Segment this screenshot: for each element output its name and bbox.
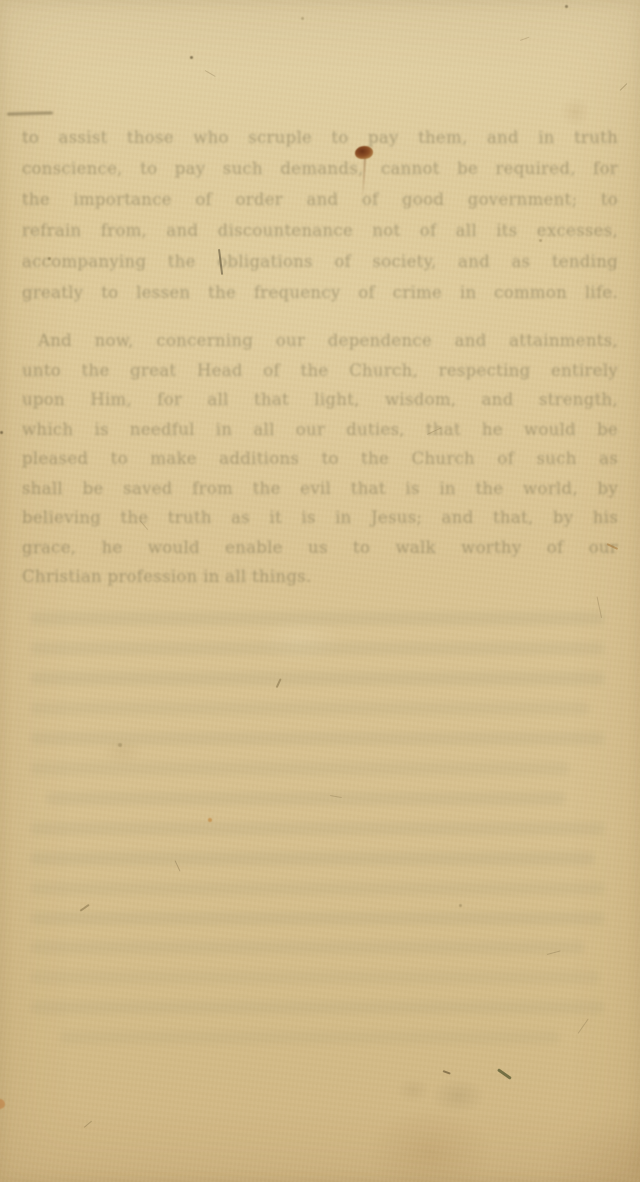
showthrough-line — [30, 702, 590, 715]
showthrough-line — [46, 792, 566, 805]
faded-text-line: pleased to make additions to the Church … — [22, 444, 618, 474]
paper-speck — [301, 17, 304, 20]
showthrough-line — [30, 642, 605, 655]
paper-speck — [190, 56, 193, 59]
scanned-book-page: to assist those who scruple to pay them,… — [0, 0, 640, 1182]
paper-fiber — [497, 1068, 512, 1079]
faded-text-line: the importance of order and of good gove… — [22, 184, 618, 215]
faded-paragraph-1: to assist those who scruple to pay them,… — [22, 122, 618, 308]
paper-fiber — [443, 1070, 451, 1074]
faded-text-line: grace, he would enable us to walk worthy… — [22, 533, 618, 563]
faded-text-line: And now, concerning our dependence and a… — [22, 326, 618, 356]
paper-fiber — [620, 83, 628, 91]
showthrough-line — [30, 822, 605, 835]
paper-speck — [48, 257, 51, 260]
header-rule-ghost — [7, 111, 53, 115]
showthrough-line — [30, 852, 595, 865]
paper-speck — [0, 1099, 5, 1109]
paper-speck — [459, 904, 462, 907]
showthrough-line — [30, 971, 600, 984]
faded-text-line: to assist those who scruple to pay them,… — [22, 122, 618, 153]
paper-speck — [208, 818, 212, 822]
paper-speck — [118, 743, 122, 747]
paper-fiber — [205, 70, 216, 77]
showthrough-line — [30, 1001, 605, 1014]
faded-text-line: upon Him, for all that light, wisdom, an… — [22, 385, 618, 415]
paper-speck — [539, 239, 542, 242]
paper-fiber — [578, 1018, 589, 1033]
faded-text-line: conscience, to pay such demands, cannot … — [22, 153, 618, 184]
showthrough-line — [30, 882, 605, 895]
faded-paragraph-2: And now, concerning our dependence and a… — [22, 326, 618, 592]
faded-text-line: unto the great Head of the Church, respe… — [22, 356, 618, 386]
paper-fiber — [84, 1121, 92, 1128]
paper-speck — [565, 5, 568, 8]
faded-text-line: refrain from, and discountenance not of … — [22, 215, 618, 246]
showthrough-line — [30, 912, 605, 925]
showthrough-line — [30, 732, 605, 745]
faded-text-line: greatly to lessen the frequency of crime… — [22, 277, 618, 308]
faded-text-line: shall be saved from the evil that is in … — [22, 474, 618, 504]
faded-text-line: believing the truth as it is in Jesus; a… — [22, 503, 618, 533]
showthrough-line — [30, 941, 585, 954]
faded-text-line: accompanying the obligations of society,… — [22, 246, 618, 277]
paper-speck — [0, 431, 3, 434]
showthrough-line — [60, 1031, 560, 1044]
faded-text-line: Christian profession in all things. — [22, 562, 618, 592]
paper-fiber — [80, 904, 90, 912]
showthrough-line — [30, 612, 605, 625]
faded-text-line: which is needful in all our duties, that… — [22, 415, 618, 445]
showthrough-line — [30, 762, 570, 775]
paper-fiber — [520, 37, 530, 41]
showthrough-line — [30, 672, 605, 685]
